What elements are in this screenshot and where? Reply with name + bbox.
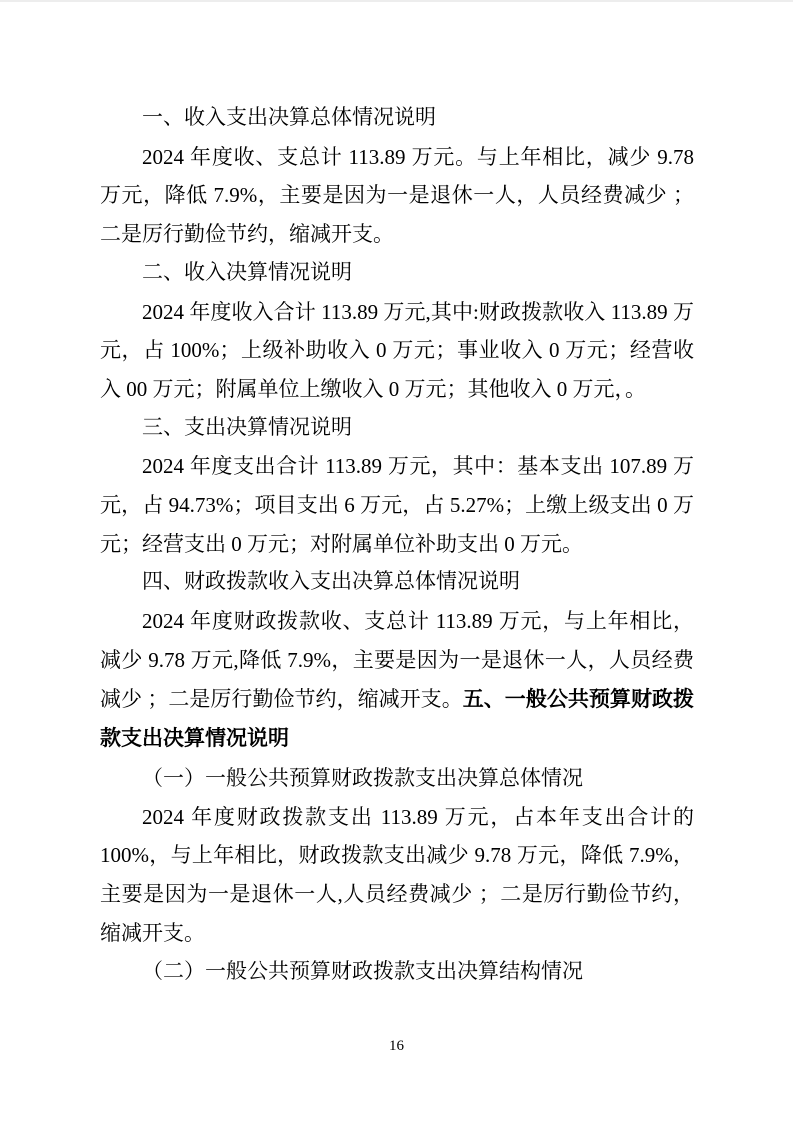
paragraph-section-5-1: 2024 年度财政拨款支出 113.89 万元，占本年支出合计的 100%，与上… <box>100 798 694 953</box>
document-page: 一、收入支出决算总体情况说明 2024 年度收、支总计 113.89 万元。与上… <box>0 0 793 1122</box>
heading-section-4-fiscal-appropriation-overview: 四、财政拨款收入支出决算总体情况说明 <box>100 563 694 602</box>
paragraph-section-4: 2024 年度财政拨款收、支总计 113.89 万元，与上年相比，减少 9.78… <box>100 602 694 759</box>
paragraph-section-1: 2024 年度收、支总计 113.89 万元。与上年相比，减少 9.78 万元，… <box>100 138 694 254</box>
paragraph-section-3: 2024 年度支出合计 113.89 万元，其中：基本支出 107.89 万元，… <box>100 447 694 563</box>
page-top-edge-line <box>0 0 793 2</box>
heading-section-2-income-details: 二、收入决算情况说明 <box>100 254 694 293</box>
paragraph-section-2: 2024 年度收入合计 113.89 万元,其中:财政拨款收入 113.89 万… <box>100 293 694 409</box>
page-number: 16 <box>0 1036 793 1056</box>
heading-section-3-expense-details: 三、支出决算情况说明 <box>100 409 694 448</box>
subheading-5-2-general-budget-expense-structure: （二）一般公共预算财政拨款支出决算结构情况 <box>100 952 694 991</box>
heading-section-1-income-expense-overview: 一、收入支出决算总体情况说明 <box>100 99 694 138</box>
subheading-5-1-general-budget-expense-overview: （一）一般公共预算财政拨款支出决算总体情况 <box>100 759 694 798</box>
document-body: 一、收入支出决算总体情况说明 2024 年度收、支总计 113.89 万元。与上… <box>100 99 694 991</box>
